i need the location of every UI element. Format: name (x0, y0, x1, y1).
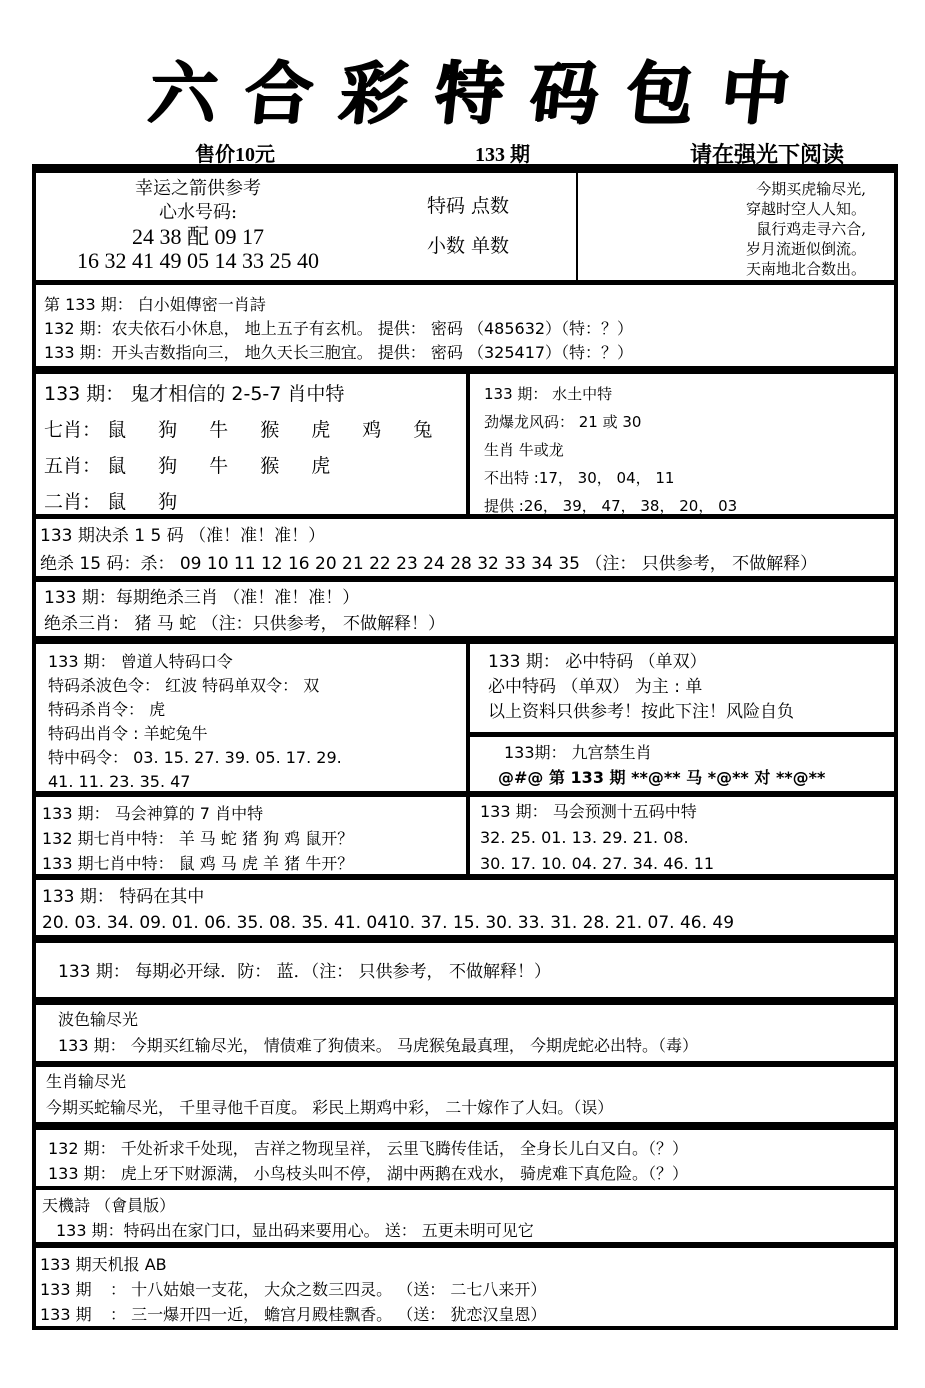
poem-line: 今期买虎输尽光, (582, 179, 866, 199)
section-title: 133 期天机报 AB (40, 1252, 890, 1277)
lucky-subtitle: 心水号码: (40, 201, 356, 225)
horse-seven-box: 133 期： 马会神算的 7 肖中特 132 期七肖中特： 羊 马 蛇 猪 狗 … (32, 793, 470, 878)
zodiac: 兔 (413, 412, 458, 448)
poem-line: 132 期：农夫依石小休息， 地上五子有玄机。 提供： 密码 （485632）（… (44, 317, 886, 341)
info-line: 生肖 牛或龙 (484, 436, 886, 464)
section-title: 133 期： 水土中特 (484, 380, 886, 408)
info-line: 劲爆龙风码： 21 或 30 (484, 408, 886, 436)
price-label: 售价10元 (195, 138, 275, 167)
secret-poem-box: 第 133 期： 白小姐傳密一肖詩 132 期：农夫依石小休息， 地上五子有玄机… (32, 281, 898, 370)
top-poem-box: 今期买虎输尽光, 穿越时空人人知。 鼠行鸡走寻六合, 岁月流逝似倒流。 天南地北… (576, 169, 898, 284)
green-box: 133 期： 每期必开绿．防： 蓝．（注： 只供参考， 不做解释！） (32, 939, 898, 1001)
daoist-command-box: 133 期： 曾道人特码口令 特码杀波色令： 红波 特码单双令： 双 特码杀肖令… (32, 640, 470, 795)
title-char: 包 (622, 40, 700, 137)
issue-label: 133 期 (475, 138, 530, 167)
info-line: 特码出肖令 : 羊蛇兔牛 (48, 722, 454, 746)
info-line: 41. 11. 23. 35. 47 (48, 770, 454, 794)
info-line: @#@ 第 133 期 **@** 马 *@** 对 **@** (480, 765, 884, 790)
zodiac: 狗 (158, 412, 203, 448)
poem-line: 今期买蛇输尽光， 千里寻他千百度。 彩民上期鸡中彩， 二十嫁作了人妇。（误） (46, 1095, 884, 1121)
section-title: 133 期：每期绝杀三肖 （准！准！准！） (44, 585, 886, 611)
poem-text: ： 三一爆开四一近， 蟾宫月殿桂飘香。 （送： 犹恋汉皇恩） (110, 1305, 546, 1324)
section-title: 133 期： 曾道人特码口令 (48, 650, 454, 674)
title-char: 码 (526, 40, 604, 137)
number-line: 30. 17. 10. 04. 27. 34. 46. 11 (480, 851, 884, 877)
ghost-257-box: 133 期： 鬼才相信的 2-5-7 肖中特 七肖： 鼠 狗 牛 猴 虎 鸡 兔… (32, 370, 470, 518)
info-line: 特中码令： 03. 15. 27. 39. 05. 17. 29. (48, 746, 454, 770)
zodiac: 虎 (311, 412, 356, 448)
number-line: 32. 25. 01. 13. 29. 21. 08. (480, 825, 884, 851)
horse-fifteen-box: 133 期： 马会预测十五码中特 32. 25. 01. 13. 29. 21.… (466, 793, 898, 878)
poem-line: 岁月流逝似倒流。 (582, 239, 866, 259)
info-line: 132 期七肖中特： 羊 马 蛇 猪 狗 鸡 鼠开？ (42, 826, 460, 851)
poem-line: 天南地北合数出。 (582, 259, 866, 279)
zodiac: 猴 (260, 412, 305, 448)
poem-line: 132 期： 千处祈求千处现， 吉祥之物现呈祥， 云里飞腾传佳话， 全身长儿白又… (48, 1136, 882, 1161)
zodiac-row-two: 二肖： 鼠 狗 (44, 484, 458, 518)
poem-line: 133 期：开头吉数指向三， 地久天长三胞宜。 提供： 密码 （325417）（… (44, 341, 886, 365)
poem-text: ： 十八姑娘一支花， 大众之数三四灵。 （送： 二七八来开） (110, 1280, 546, 1299)
info-line: 必中特码 （单双） 为主 : 单 (488, 675, 876, 700)
must-hit-box: 133 期： 必中特码 （单双） 必中特码 （单双） 为主 : 单 以上资料只供… (466, 640, 898, 736)
poem-line: 鼠行鸡走寻六合, (582, 219, 866, 239)
section-title: 天機詩 （會員版） (42, 1193, 888, 1218)
poem-line: 133 期： 今期买红输尽光， 情债难了狗债来。 马虎猴兔最真理， 今期虎蛇必出… (58, 1033, 872, 1059)
zodiac-lose-box: 生肖输尽光 今期买蛇输尽光， 千里寻他千百度。 彩民上期鸡中彩， 二十嫁作了人妇… (32, 1063, 898, 1126)
lucky-numbers-main: 24 38 配 09 17 (40, 225, 356, 249)
water-earth-box: 133 期： 水土中特 劲爆龙风码： 21 或 30 生肖 牛或龙 不出特 :1… (466, 370, 898, 518)
zodiac: 牛 (209, 448, 254, 484)
within-box: 133 期： 特码在其中 20. 03. 34. 09. 01. 06. 35.… (32, 876, 898, 939)
row-label: 二肖： (44, 491, 101, 513)
zodiac: 狗 (158, 484, 203, 518)
section-title: 133 期决杀 1 5 码 （准！准！准！） (40, 522, 890, 550)
zodiac: 猴 (260, 448, 305, 484)
kill-zodiacs: 绝杀三肖： 猪 马 蛇 （注：只供参考， 不做解释！） (44, 611, 886, 637)
info-line: 以上资料只供参考！按此下注！风险自负 (488, 700, 876, 725)
page-title: 六 合 彩 特 码 包 中 (146, 48, 794, 128)
zodiac-row-seven: 七肖： 鼠 狗 牛 猴 虎 鸡 兔 (44, 412, 458, 448)
nine-palace-box: 133期： 九宫禁生肖 @#@ 第 133 期 **@** 马 *@** 对 *… (466, 733, 898, 795)
lucky-title: 幸运之箭供参考 (40, 177, 356, 201)
poem-row: 133 期： 三一爆开四一近， 蟾宫月殿桂飘香。 （送： 犹恋汉皇恩） (40, 1302, 890, 1327)
section-title: 133 期： 马会预测十五码中特 (480, 799, 884, 825)
info-line: 特码杀肖令： 虎 (48, 698, 454, 722)
special-code-row: 特码 点数 (368, 195, 568, 217)
number-line: 20. 03. 34. 09. 01. 06. 35. 08. 35. 41. … (42, 910, 888, 936)
zodiac: 牛 (209, 412, 254, 448)
section-title: 生肖输尽光 (46, 1069, 884, 1095)
section-title: 133 期： 鬼才相信的 2-5-7 肖中特 (44, 376, 458, 412)
lucky-arrow-box: 幸运之箭供参考 心水号码: 24 38 配 09 17 16 32 41 49 … (32, 169, 364, 284)
kill-3-box: 133 期：每期绝杀三肖 （准！准！准！） 绝杀三肖： 猪 马 蛇 （注：只供参… (32, 578, 898, 640)
poem-line: 133 期：特码出在家门口，显出码来要用心。 送： 五更未明可见它 (42, 1218, 888, 1243)
zodiac-row-five: 五肖： 鼠 狗 牛 猴 虎 (44, 448, 458, 484)
section-title: 133期： 九宫禁生肖 (480, 740, 884, 765)
zodiac: 虎 (311, 448, 356, 484)
special-code-row: 小数 单数 (368, 235, 568, 257)
zodiac: 狗 (158, 448, 203, 484)
tianji-ab-box: 133 期天机报 AB 133 期： 十八姑娘一支花， 大众之数三四灵。 （送：… (32, 1244, 898, 1330)
lucky-numbers-extra: 16 32 41 49 05 14 33 25 40 (40, 249, 356, 273)
title-char: 特 (431, 40, 509, 137)
poem-pair-box: 132 期： 千处祈求千处现， 吉祥之物现呈祥， 云里飞腾传佳话， 全身长儿白又… (32, 1126, 898, 1190)
row-label: 七肖： (44, 419, 101, 441)
section-title: 133 期： 马会神算的 7 肖中特 (42, 801, 460, 826)
title-char: 六 (145, 40, 223, 137)
tianji-poem-box: 天機詩 （會員版） 133 期：特码出在家门口，显出码来要用心。 送： 五更未明… (32, 1186, 898, 1246)
poem-line: 133 期： 虎上牙下财源满， 小鸟枝头叫不停， 湖中两鹅在戏水， 骑虎难下真危… (48, 1161, 882, 1186)
title-char: 中 (717, 40, 795, 137)
issue-prefix: 133 期 (40, 1277, 110, 1302)
zodiac: 鼠 (107, 448, 152, 484)
info-line: 特码杀波色令： 红波 特码单双令： 双 (48, 674, 454, 698)
title-char: 合 (240, 40, 318, 137)
info-line: 133 期： 每期必开绿．防： 蓝．（注： 只供参考， 不做解释！） (58, 959, 872, 985)
info-line: 133 期七肖中特： 鼠 鸡 马 虎 羊 猪 牛开？ (42, 851, 460, 876)
wave-lose-box: 波色输尽光 133 期： 今期买红输尽光， 情债难了狗债来。 马虎猴兔最真理， … (32, 1001, 898, 1065)
kill-15-box: 133 期决杀 1 5 码 （准！准！准！） 绝杀 15 码：杀： 09 10 … (32, 515, 898, 580)
issue-prefix: 133 期 (40, 1302, 110, 1327)
special-code-box: 特码 点数 小数 单数 (360, 169, 580, 284)
poem-line: 穿越时空人人知。 (582, 199, 866, 219)
title-char: 彩 (336, 40, 414, 137)
section-title: 第 133 期： 白小姐傳密一肖詩 (44, 293, 886, 317)
section-title: 133 期： 必中特码 （单双） (488, 650, 876, 675)
section-title: 波色输尽光 (58, 1007, 872, 1033)
row-label: 五肖： (44, 455, 101, 477)
info-line: 不出特 :17， 30， 04， 11 (484, 464, 886, 492)
kill-numbers: 绝杀 15 码：杀： 09 10 11 12 16 20 21 22 23 24… (40, 550, 890, 578)
poem-row: 133 期： 十八姑娘一支花， 大众之数三四灵。 （送： 二七八来开） (40, 1277, 890, 1302)
zodiac: 鸡 (362, 412, 407, 448)
zodiac: 鼠 (107, 484, 152, 518)
section-title: 133 期： 特码在其中 (42, 884, 888, 910)
zodiac: 鼠 (107, 412, 152, 448)
